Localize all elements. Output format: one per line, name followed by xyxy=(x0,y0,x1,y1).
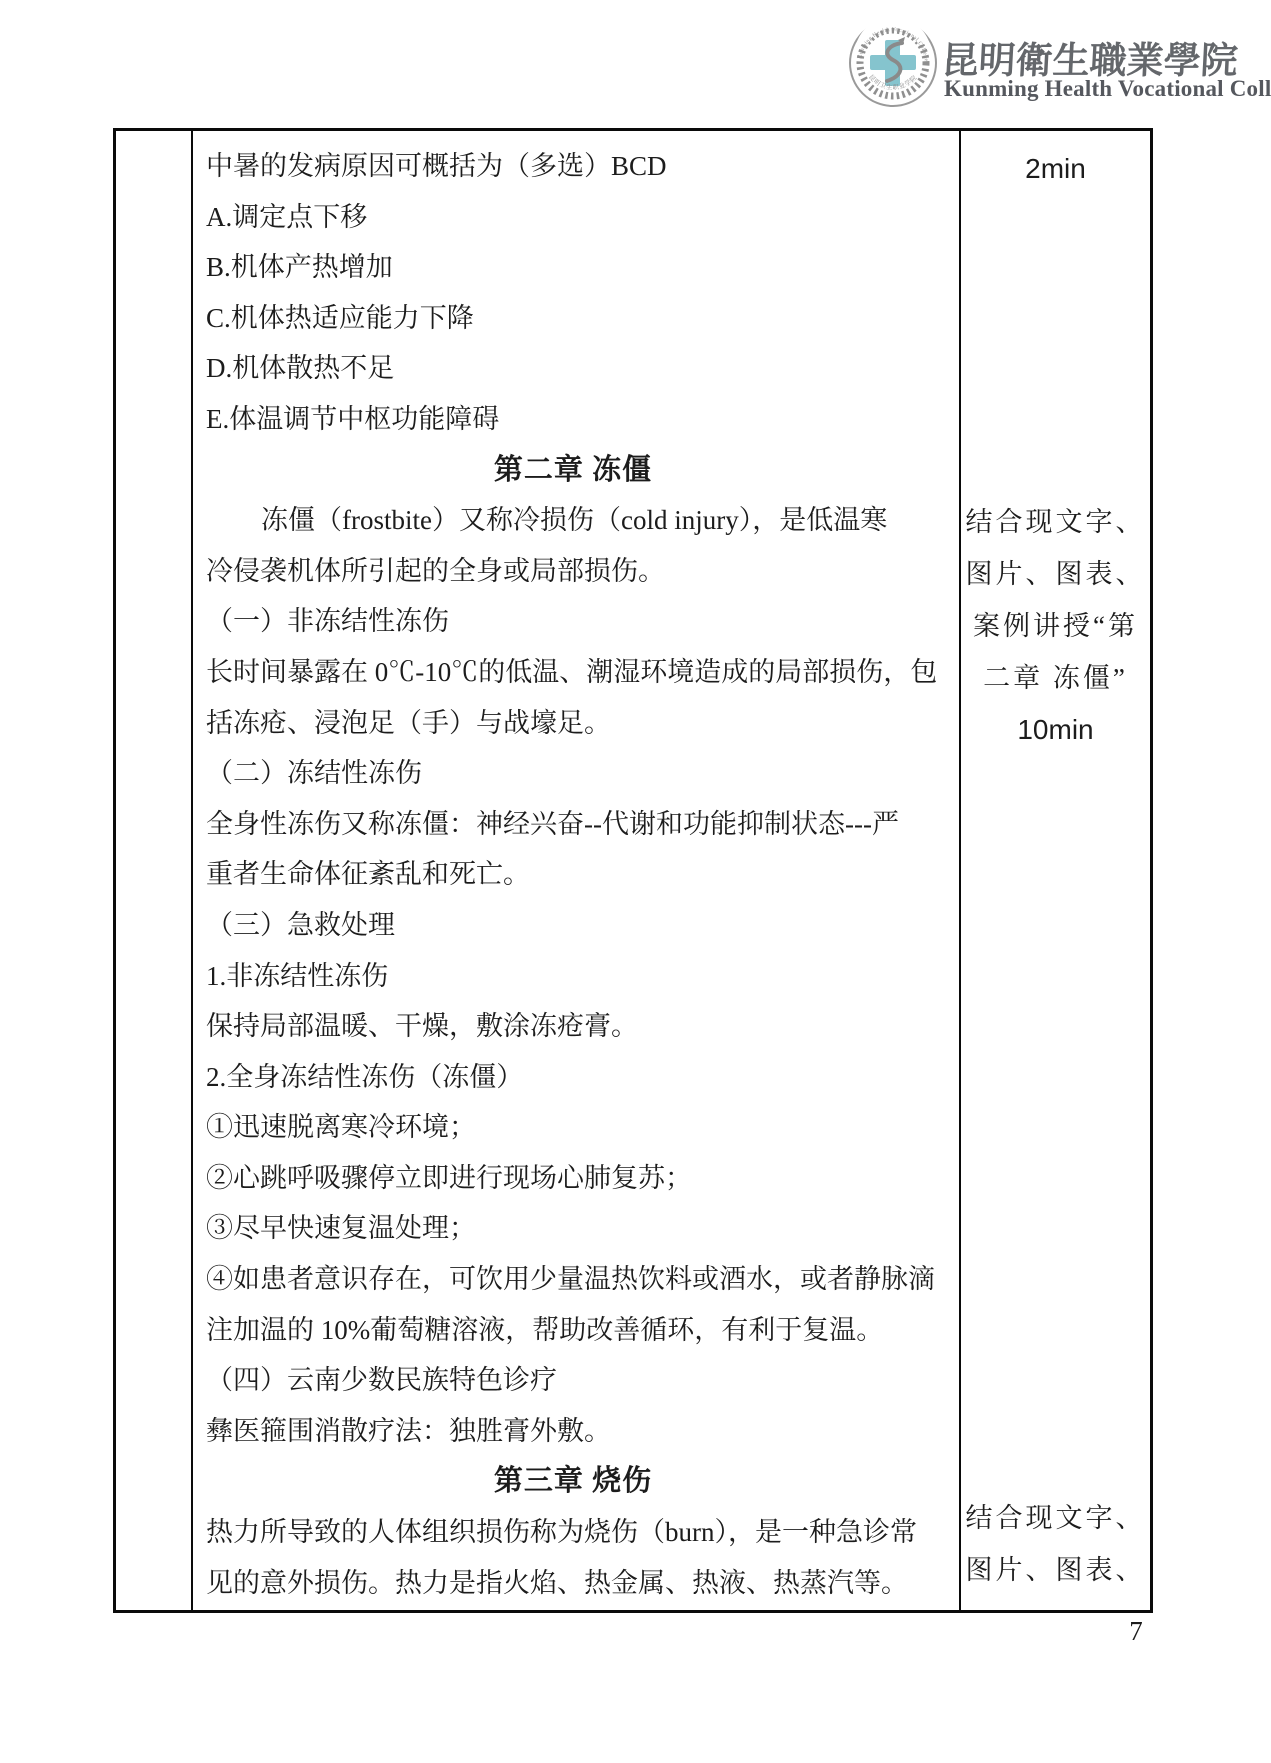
content-line: 长时间暴露在 0℃-10℃的低温、潮湿环境造成的局部损伤，包 xyxy=(193,647,959,698)
college-seal-logo: Kunming Health Vocational College 昆明卫生职业… xyxy=(848,18,938,108)
content-line: 热力所导致的人体组织损伤称为烧伤（burn），是一种急诊常 xyxy=(193,1507,959,1558)
method-line: 结合现文字、 xyxy=(961,496,1150,548)
content-line: ②心跳呼吸骤停立即进行现场心肺复苏； xyxy=(193,1153,959,1204)
content-line: E.体温调节中枢功能障碍 xyxy=(193,394,959,445)
method-block-chapter3: 结合现文字、图片、图表、 xyxy=(961,1492,1150,1596)
content-line: D.机体散热不足 xyxy=(193,343,959,394)
method-line: 二章 冻僵” xyxy=(961,652,1150,704)
content-line: （一）非冻结性冻伤 xyxy=(193,596,959,647)
table-column-left-empty xyxy=(116,131,193,1610)
time-block-quiz: 2min xyxy=(961,143,1150,195)
method-line: 10min xyxy=(961,704,1150,756)
content-line: A.调定点下移 xyxy=(193,192,959,243)
method-line: 结合现文字、 xyxy=(961,1492,1150,1544)
content-line: C.机体热适应能力下降 xyxy=(193,293,959,344)
content-line: （四）云南少数民族特色诊疗 xyxy=(193,1355,959,1406)
content-line: ④如患者意识存在，可饮用少量温热饮料或酒水，或者静脉滴 xyxy=(193,1254,959,1305)
page-number: 7 xyxy=(1118,1616,1154,1647)
content-line: 括冻疮、浸泡足（手）与战壕足。 xyxy=(193,698,959,749)
page-header: Kunming Health Vocational College 昆明卫生职业… xyxy=(0,0,1271,115)
content-line: ①迅速脱离寒冷环境； xyxy=(193,1102,959,1153)
content-line: 见的意外损伤。热力是指火焰、热金属、热液、热蒸汽等。 xyxy=(193,1558,959,1609)
content-line: 第三章 烧伤 xyxy=(193,1456,959,1507)
content-line: 第二章 冻僵 xyxy=(193,445,959,496)
table-column-method-time: 2min 结合现文字、图片、图表、案例讲授“第二章 冻僵”10min 结合现文字… xyxy=(959,131,1150,1610)
content-line: 冷侵袭机体所引起的全身或局部损伤。 xyxy=(193,546,959,597)
content-line: 冻僵（frostbite）又称冷损伤（cold injury），是低温寒 xyxy=(193,495,959,546)
content-line: 彝医箍围消散疗法：独胜膏外敷。 xyxy=(193,1406,959,1457)
content-line: B.机体产热增加 xyxy=(193,242,959,293)
college-name-english: Kunming Health Vocational College xyxy=(944,76,1236,102)
content-line: （二）冻结性冻伤 xyxy=(193,748,959,799)
content-line: 注加温的 10%葡萄糖溶液，帮助改善循环，有利于复温。 xyxy=(193,1305,959,1356)
content-line: 重者生命体征紊乱和死亡。 xyxy=(193,849,959,900)
college-name-calligraphy: 昆明衛生職業學院 xyxy=(941,30,1236,78)
method-block-chapter2: 结合现文字、图片、图表、案例讲授“第二章 冻僵”10min xyxy=(961,496,1150,756)
content-line: ③尽早快速复温处理； xyxy=(193,1203,959,1254)
table-column-content: 中暑的发病原因可概括为（多选）BCDA.调定点下移B.机体产热增加C.机体热适应… xyxy=(193,131,959,1610)
content-line: 1.非冻结性冻伤 xyxy=(193,951,959,1002)
content-line: 2.全身冻结性冻伤（冻僵） xyxy=(193,1052,959,1103)
document-page: Kunming Health Vocational College 昆明卫生职业… xyxy=(0,0,1271,1763)
method-line: 图片、图表、 xyxy=(961,1544,1150,1596)
method-line: 图片、图表、 xyxy=(961,548,1150,600)
time-line: 2min xyxy=(961,143,1150,195)
content-line: 保持局部温暖、干燥，敷涂冻疮膏。 xyxy=(193,1001,959,1052)
method-line: 案例讲授“第 xyxy=(961,600,1150,652)
content-line: （三）急救处理 xyxy=(193,900,959,951)
lesson-plan-table: 中暑的发病原因可概括为（多选）BCDA.调定点下移B.机体产热增加C.机体热适应… xyxy=(113,128,1153,1613)
content-line: 中暑的发病原因可概括为（多选）BCD xyxy=(193,141,959,192)
content-line: 全身性冻伤又称冻僵：神经兴奋--代谢和功能抑制状态---严 xyxy=(193,799,959,850)
